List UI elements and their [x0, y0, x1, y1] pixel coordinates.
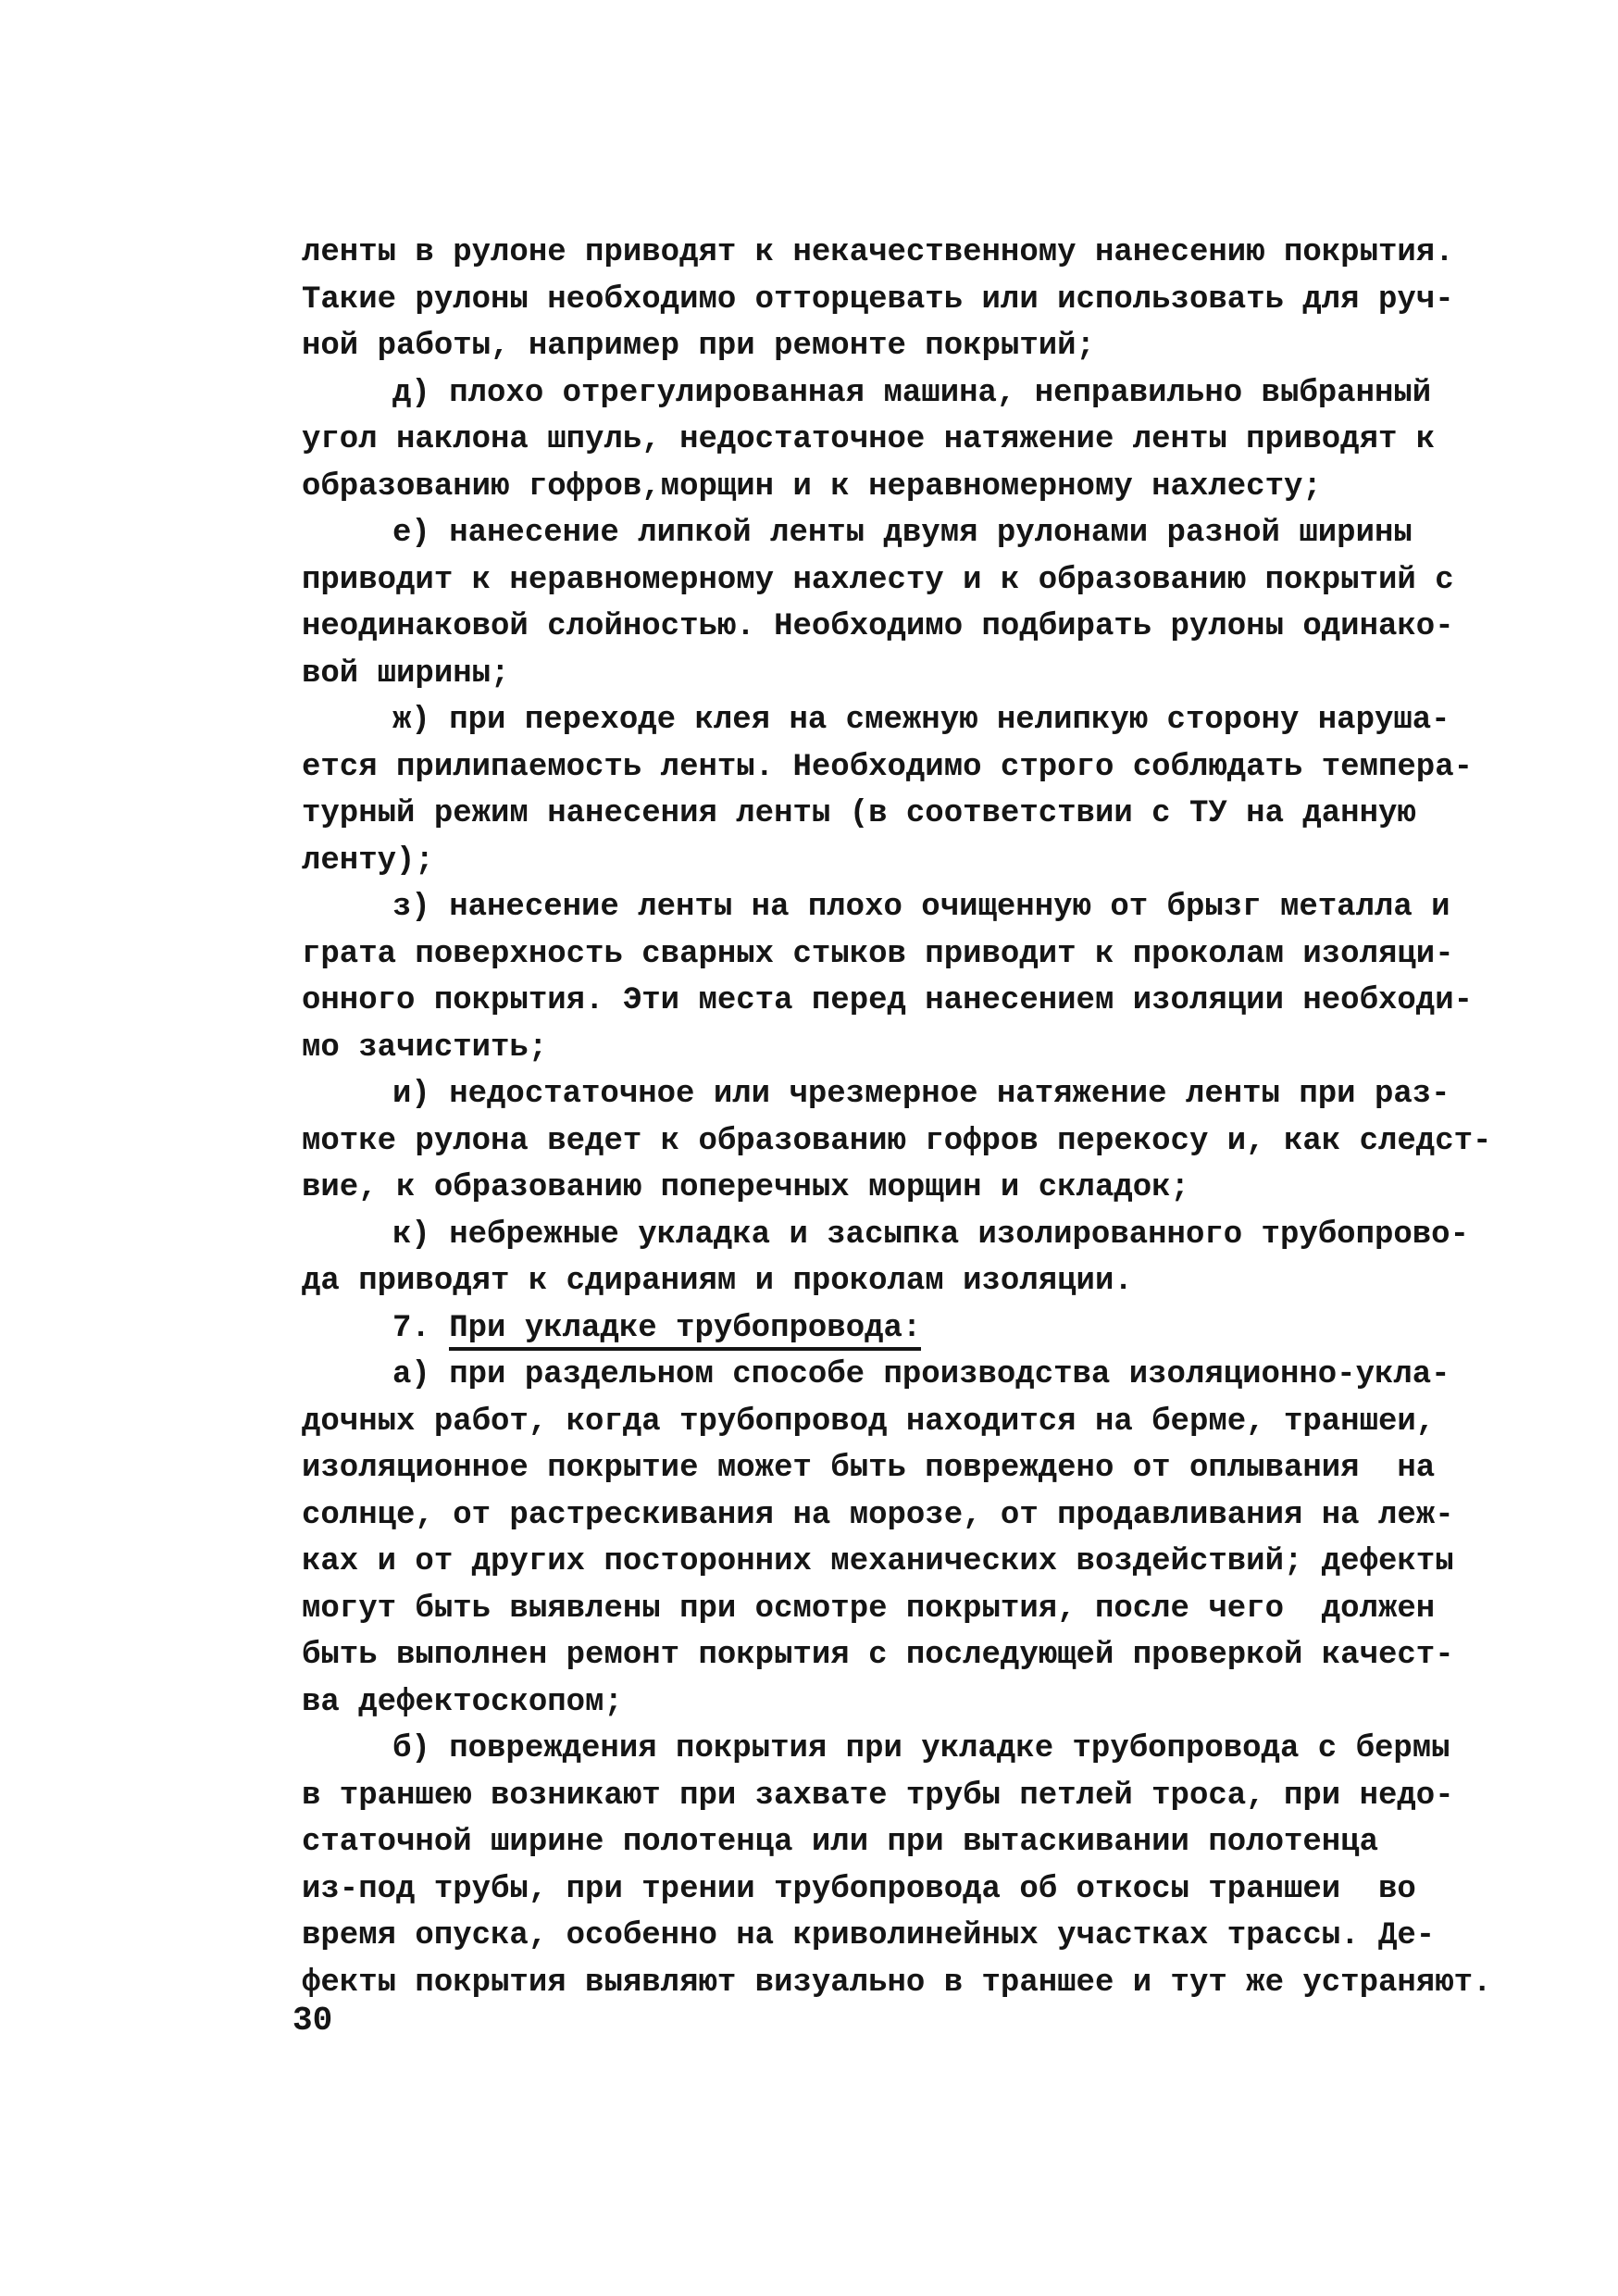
text-line: б) повреждения покрытия при укладке труб…	[302, 1726, 1505, 1773]
text-line: а) при раздельном способе производства и…	[302, 1352, 1505, 1399]
text-line: з) нанесение ленты на плохо очищенную от…	[302, 884, 1505, 931]
document-text-block: ленты в рулоне приводят к некачественном…	[302, 230, 1505, 2006]
text-line: к) небрежные укладка и засыпка изолирова…	[302, 1212, 1505, 1259]
text-line: дочных работ, когда трубопровод находитс…	[302, 1399, 1505, 1446]
text-line: Такие рулоны необходимо отторцевать или …	[302, 277, 1505, 324]
document-page: ленты в рулоне приводят к некачественном…	[0, 0, 1618, 2296]
text-line: ленты в рулоне приводят к некачественном…	[302, 230, 1505, 277]
text-line: ва дефектоскопом;	[302, 1679, 1505, 1727]
text-line: мотке рулона ведет к образованию гофров …	[302, 1118, 1505, 1166]
text-line: грата поверхность сварных стыков приводи…	[302, 931, 1505, 979]
text-line: фекты покрытия выявляют визуально в тран…	[302, 1960, 1505, 2007]
text-line: угол наклона шпуль, недостаточное натяже…	[302, 417, 1505, 464]
section-number: 7.	[392, 1311, 449, 1346]
text-line: приводит к неравномерному нахлесту и к о…	[302, 557, 1505, 605]
page-number: 30	[292, 1998, 332, 2044]
text-line: быть выполнен ремонт покрытия с последую…	[302, 1632, 1505, 1679]
text-line: вие, к образованию поперечных морщин и с…	[302, 1165, 1505, 1212]
text-line: солнце, от растрескивания на морозе, от …	[302, 1492, 1505, 1540]
text-line: образованию гофров,морщин и к неравномер…	[302, 464, 1505, 511]
text-line: д) плохо отрегулированная машина, неправ…	[302, 370, 1505, 418]
text-line: ется прилипаемость ленты. Необходимо стр…	[302, 744, 1505, 792]
text-line: статочной ширине полотенца или при вытас…	[302, 1819, 1505, 1866]
text-line: и) недостаточное или чрезмерное натяжени…	[302, 1071, 1505, 1118]
text-line: из-под трубы, при трении трубопровода об…	[302, 1866, 1505, 1914]
text-line: ленту);	[302, 838, 1505, 885]
text-line: турный режим нанесения ленты (в соответс…	[302, 791, 1505, 838]
text-line: ках и от других посторонних механических…	[302, 1539, 1505, 1586]
text-line: ж) при переходе клея на смежную нелипкую…	[302, 697, 1505, 744]
section-heading-underlined-text: При укладке трубопровода:	[449, 1311, 921, 1351]
text-line: е) нанесение липкой ленты двумя рулонами…	[302, 510, 1505, 557]
text-line: время опуска, особенно на криволинейных …	[302, 1913, 1505, 1960]
text-line: вой ширины;	[302, 651, 1505, 698]
text-line: ной работы, например при ремонте покрыти…	[302, 323, 1505, 370]
text-line: мо зачистить;	[302, 1025, 1505, 1072]
text-line: неодинаковой слойностью. Необходимо подб…	[302, 604, 1505, 651]
text-line: могут быть выявлены при осмотре покрытия…	[302, 1586, 1505, 1633]
text-line: изоляционное покрытие может быть поврежд…	[302, 1445, 1505, 1492]
text-line: онного покрытия. Эти места перед нанесен…	[302, 978, 1505, 1025]
text-line: в траншею возникают при захвате трубы пе…	[302, 1773, 1505, 1820]
text-line: да приводят к сдираниям и проколам изоля…	[302, 1258, 1505, 1305]
section-heading: 7. При укладке трубопровода:	[302, 1305, 1505, 1353]
